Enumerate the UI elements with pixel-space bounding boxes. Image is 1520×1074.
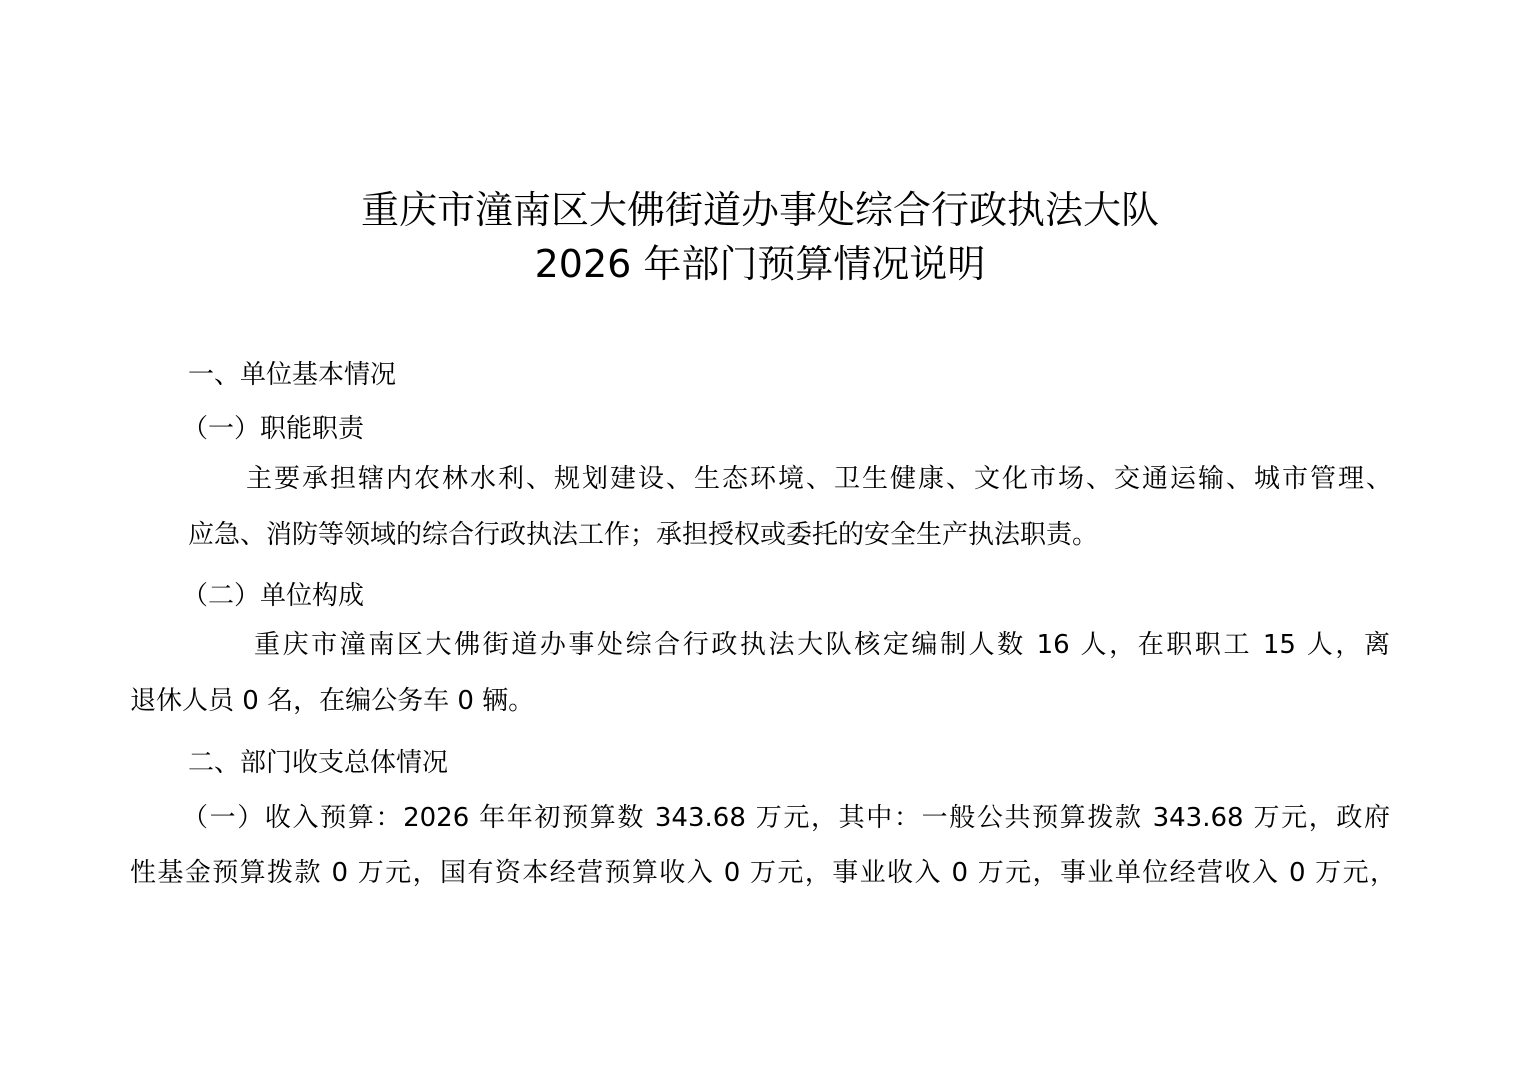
document-title-line-2: 2026 年部门预算情况说明 <box>0 239 1520 289</box>
income-budget-paragraph-line-1: （一）收入预算：2026 年年初预算数 343.68 万元，其中：一般公共预算拨… <box>182 800 1390 836</box>
income-budget-paragraph-line-2: 性基金预算拨款 0 万元，国有资本经营预算收入 0 万元，事业收入 0 万元，事… <box>130 855 1396 891</box>
subsection-heading-composition: （二）单位构成 <box>182 578 364 614</box>
section-heading-overall-budget: 二、部门收支总体情况 <box>188 745 448 781</box>
duties-paragraph-line-1: 主要承担辖内农林水利、规划建设、生态环境、卫生健康、文化市场、交通运输、城市管理… <box>246 461 1392 497</box>
document-page: 重庆市潼南区大佛街道办事处综合行政执法大队 2026 年部门预算情况说明 一、单… <box>0 0 1520 1074</box>
document-title-line-1: 重庆市潼南区大佛街道办事处综合行政执法大队 <box>0 185 1520 235</box>
subsection-heading-duties: （一）职能职责 <box>182 411 364 447</box>
section-heading-basic-info: 一、单位基本情况 <box>188 357 396 393</box>
composition-paragraph-line-2: 退休人员 0 名，在编公务车 0 辆。 <box>130 683 534 719</box>
composition-paragraph-line-1: 重庆市潼南区大佛街道办事处综合行政执法大队核定编制人数 16 人，在职职工 15… <box>254 627 1390 663</box>
duties-paragraph-line-2: 应急、消防等领域的综合行政执法工作；承担授权或委托的安全生产执法职责。 <box>188 517 1098 553</box>
